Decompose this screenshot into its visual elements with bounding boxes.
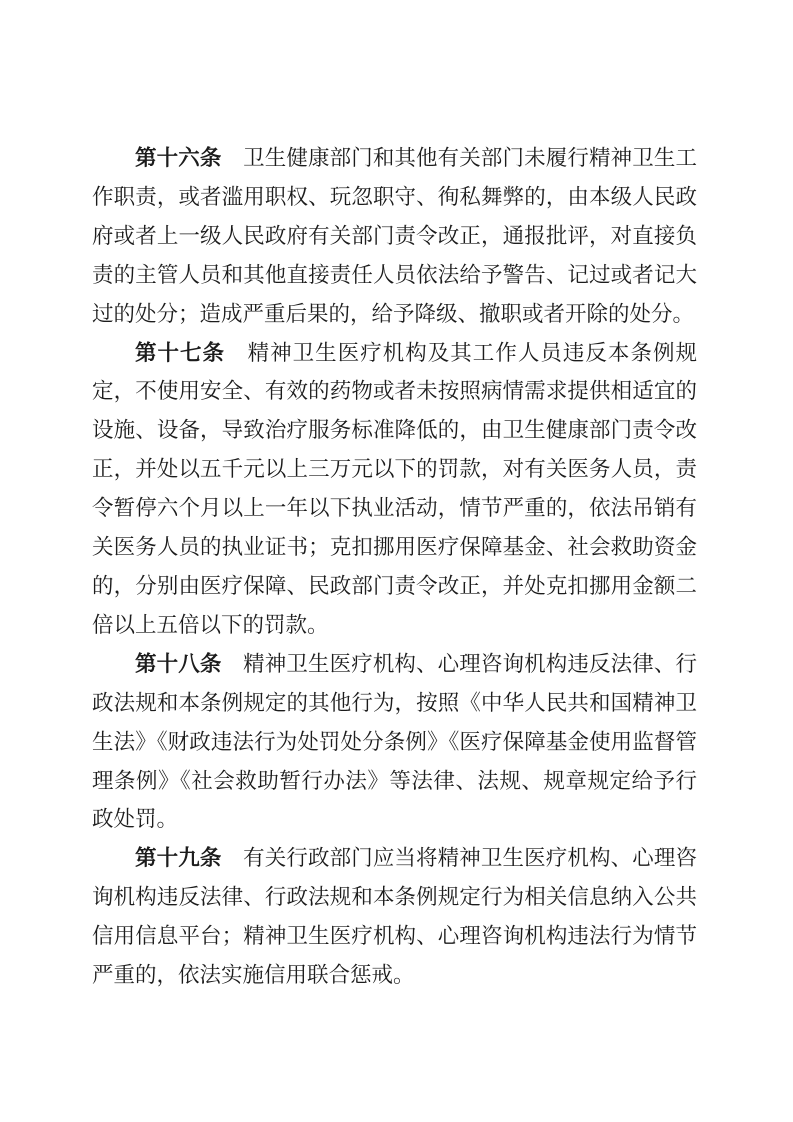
article-18-number: 第十八条 — [135, 652, 221, 676]
article-19-number: 第十九条 — [135, 846, 221, 870]
article-16-number: 第十六条 — [135, 146, 221, 170]
document-page: 第十六条 卫生健康部门和其他有关部门未履行精神卫生工作职责，或者滥用职权、玩忽职… — [0, 0, 793, 1122]
article-18-text: 精神卫生医疗机构、心理咨询机构违反法律、行政法规和本条例规定的其他行为，按照《中… — [92, 652, 697, 832]
paragraph-article-16: 第十六条 卫生健康部门和其他有关部门未履行精神卫生工作职责，或者滥用职权、玩忽职… — [92, 139, 697, 334]
paragraph-article-17: 第十七条 精神卫生医疗机构及其工作人员违反本条例规定，不使用安全、有效的药物或者… — [92, 334, 697, 645]
article-16-text: 卫生健康部门和其他有关部门未履行精神卫生工作职责，或者滥用职权、玩忽职守、徇私舞… — [92, 146, 697, 326]
document-body: 第十六条 卫生健康部门和其他有关部门未履行精神卫生工作职责，或者滥用职权、玩忽职… — [92, 139, 697, 995]
paragraph-article-19: 第十九条 有关行政部门应当将精神卫生医疗机构、心理咨询机构违反法律、行政法规和本… — [92, 839, 697, 995]
paragraph-article-18: 第十八条 精神卫生医疗机构、心理咨询机构违反法律、行政法规和本条例规定的其他行为… — [92, 645, 697, 840]
article-17-number: 第十七条 — [135, 341, 225, 365]
article-17-text: 精神卫生医疗机构及其工作人员违反本条例规定，不使用安全、有效的药物或者未按照病情… — [92, 341, 697, 637]
